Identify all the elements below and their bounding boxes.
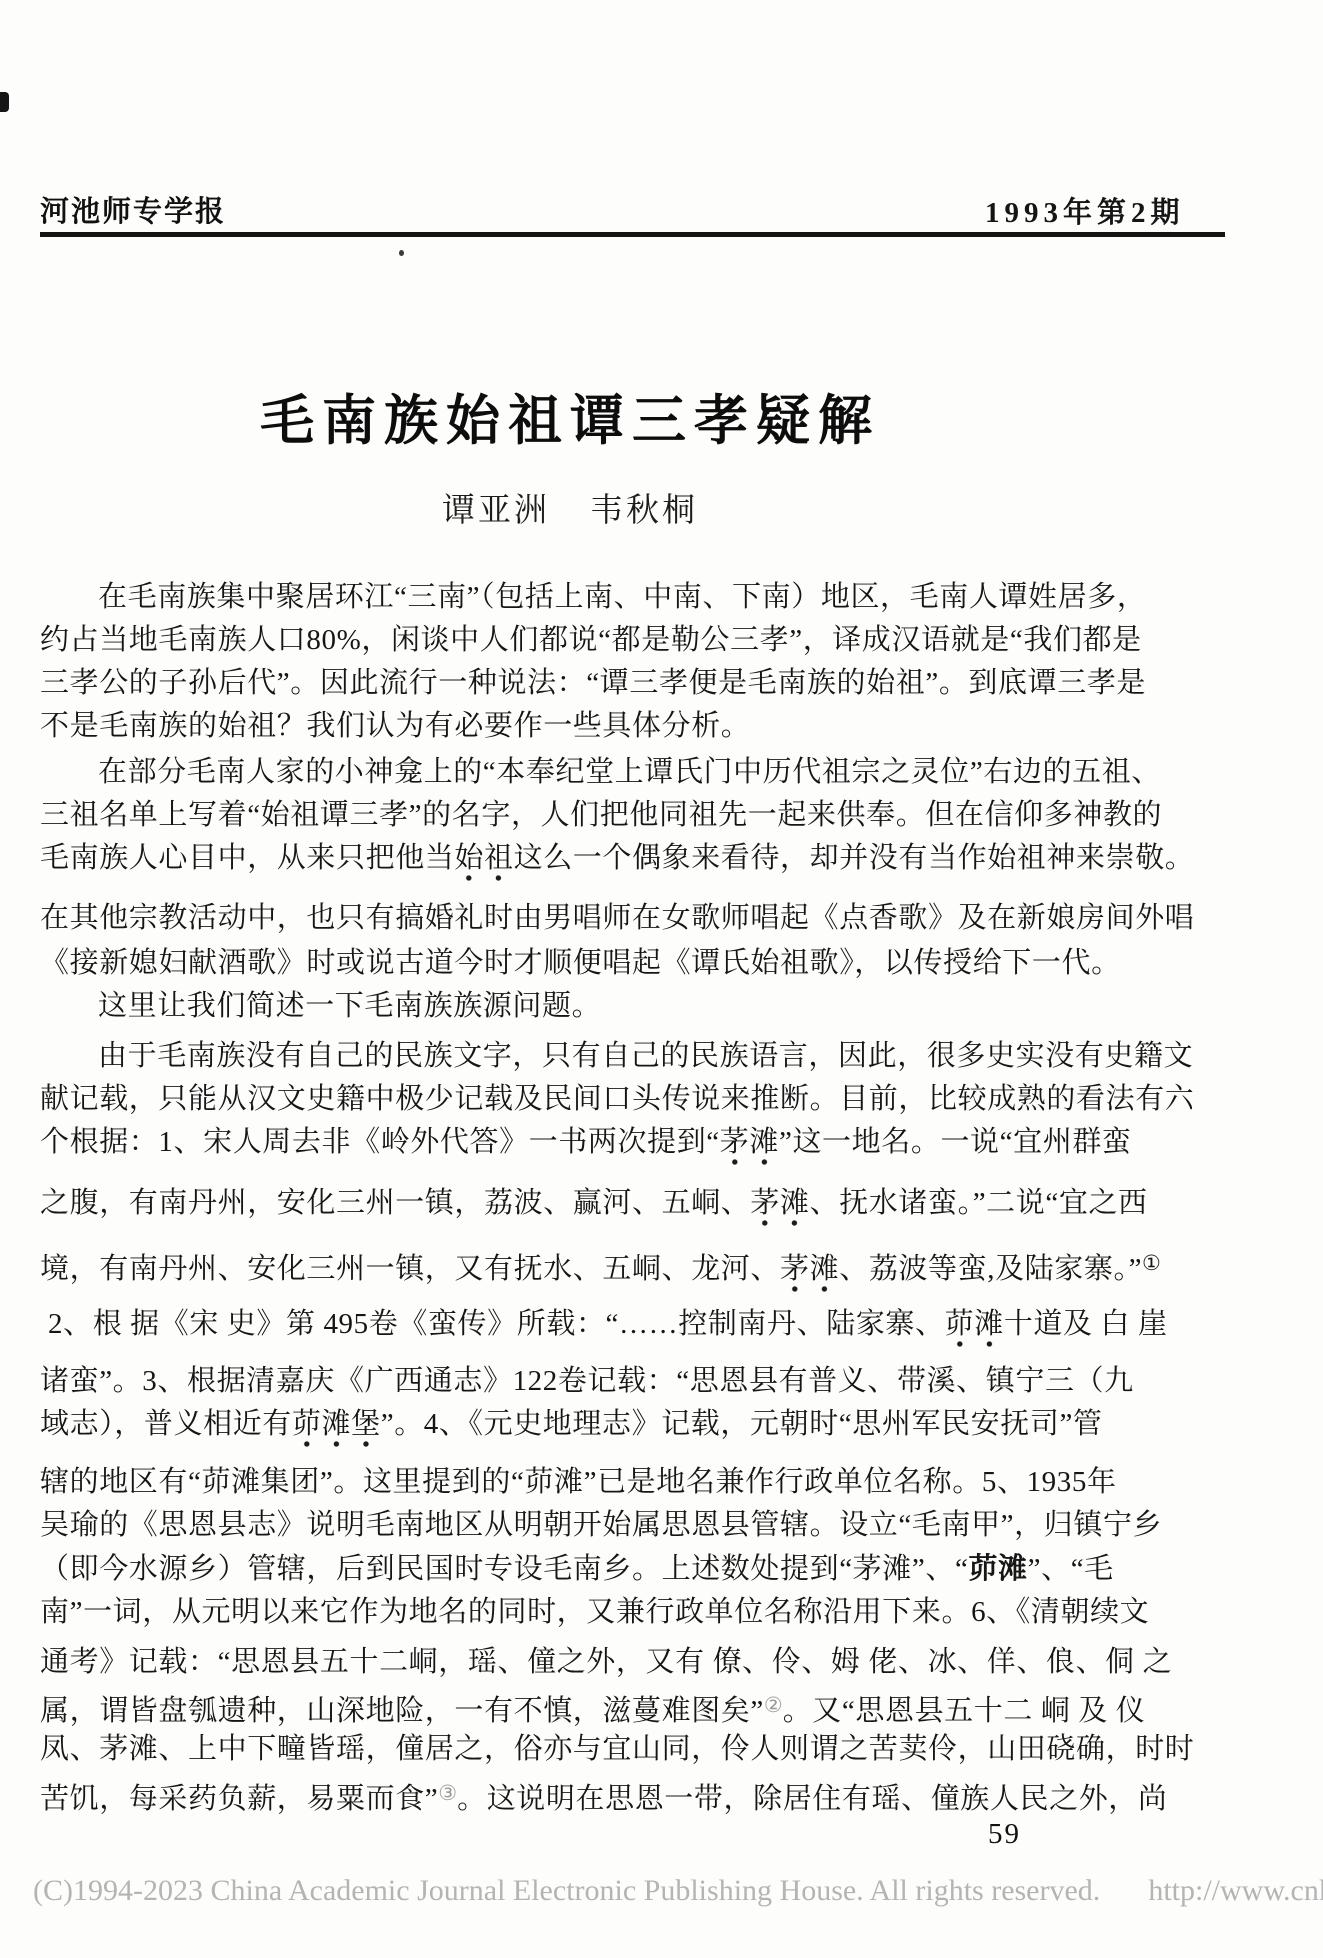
text-segment: 这里让我们简述一下毛南族族源问题。 — [98, 990, 601, 1022]
text-segment: 苦饥，每采药负薪，易粟而食” — [40, 1783, 438, 1815]
emphasized-text: 茅滩 — [780, 1253, 839, 1293]
text-segment: 域志），普义相近有 — [40, 1408, 292, 1440]
text-line: 诸蛮”。3、根据清嘉庆《广西通志》122卷记载：“思恩县有普义、带溪、镇宁三（九 — [40, 1360, 1220, 1403]
text-line: 属，谓皆盘瓠遗种，山深地险，一有不慎，滋蔓难图矣”②。又“思恩县五十二 峒 及 … — [40, 1684, 1220, 1727]
author-list: 谭亚洲韦秋桐 — [40, 484, 1100, 531]
text-line: 由于毛南族没有自己的民族文字，只有自己的民族语言，因此，很多史实没有史籍文 — [40, 1035, 1220, 1078]
text-segment: ”。4、《元史地理志》记载，元朝时“思州军民安抚司”管 — [381, 1408, 1103, 1440]
text-segment: 、抚水诸蛮。”二说“宜之西 — [810, 1187, 1148, 1219]
text-line: 三孝公的子孙后代”。因此流行一种说法：“谭三孝便是毛南族的始祖”。到底谭三孝是 — [40, 662, 1220, 705]
text-segment: 毛南族人心目中，从来只把他当 — [40, 842, 454, 874]
emphasized-text: 茅滩 — [720, 1126, 779, 1166]
text-segment: 献记载，只能从汉文史籍中极少记载及民间口头传说来推断。目前，比较成熟的看法有六 — [40, 1083, 1194, 1115]
text-segment: 之腹，有南丹州，安化三州一镇，荔波、赢河、五峒、 — [40, 1187, 750, 1219]
emphasized-text: 茅滩 — [750, 1187, 809, 1227]
text-line: 献记载，只能从汉文史籍中极少记载及民间口头传说来推断。目前，比较成熟的看法有六 — [40, 1078, 1220, 1121]
text-segment: 茆滩 — [968, 1553, 1027, 1585]
text-line: 在其他宗教活动中，也只有搞婚礼时由男唱师在女歌师唱起《点香歌》及在新娘房间外唱 — [40, 897, 1220, 940]
text-segment: 三孝公的子孙后代”。因此流行一种说法：“谭三孝便是毛南族的始祖”。到底谭三孝是 — [40, 667, 1146, 699]
text-line: 不是毛南族的始祖？我们认为有必要作一些具体分析。 — [40, 705, 1220, 748]
author-name: 谭亚洲 — [442, 493, 550, 529]
footer-url: http://www.cnk — [1148, 1874, 1323, 1907]
text-line: 域志），普义相近有茆滩堡”。4、《元史地理志》记载，元朝时“思州军民安抚司”管 — [40, 1403, 1220, 1446]
text-line: 《接新媳妇献酒歌》时或说古道今时才顺便唱起《谭氏始祖歌》，以传授给下一代。 — [40, 942, 1220, 985]
text-line: 约占当地毛南族人口80%，闲谈中人们都说“都是勒公三孝”，译成汉语就是“我们都是 — [40, 619, 1220, 662]
footnote-marker: ③ — [438, 1781, 457, 1805]
text-line: 毛南族人心目中，从来只把他当始祖这么一个偶象来看待，却并没有当作始祖神来崇敬。 — [40, 837, 1220, 880]
text-segment: 十道及 白 崖 — [1004, 1308, 1168, 1340]
header-rule — [40, 232, 1225, 237]
text-segment: 个根据：1、宋人周去非《岭外代答》一书两次提到“ — [40, 1126, 720, 1158]
text-segment: 三祖名单上写着“始祖谭三孝”的名字，人们把他同祖先一起来供奉。但在信仰多神教的 — [40, 799, 1162, 831]
page-number: 59 — [988, 1818, 1021, 1851]
footnote-marker: ① — [1142, 1251, 1161, 1275]
emphasized-text: 茆滩堡 — [292, 1408, 381, 1448]
text-line: 南”一词，从元明以来它作为地名的同时，又兼行政单位名称沿用下来。6、《清朝续文 — [40, 1591, 1220, 1634]
text-line: 吴瑜的《思恩县志》说明毛南地区从明朝开始属思恩县管辖。设立“毛南甲”，归镇宁乡 — [40, 1504, 1220, 1547]
text-segment: 不是毛南族的始祖？我们认为有必要作一些具体分析。 — [40, 710, 750, 742]
text-line: 在部分毛南人家的小神龛上的“本奉纪堂上谭氏门中历代祖宗之灵位”右边的五祖、 — [40, 751, 1220, 794]
text-segment: ”这一地名。一说“宜州群蛮 — [779, 1126, 1132, 1158]
text-segment: 通考》记载：“思恩县五十二峒，瑶、僮之外，又有 僚、伶、姆 佬、冰、佯、俍、侗 … — [40, 1646, 1172, 1678]
text-segment: 在其他宗教活动中，也只有搞婚礼时由男唱师在女歌师唱起《点香歌》及在新娘房间外唱 — [40, 902, 1194, 934]
text-segment: 吴瑜的《思恩县志》说明毛南地区从明朝开始属思恩县管辖。设立“毛南甲”，归镇宁乡 — [40, 1509, 1162, 1541]
text-line: 境，有南丹州、安化三州一镇，又有抚水、五峒、龙河、茅滩、荔波等蛮,及陆家寨。”① — [40, 1242, 1220, 1285]
text-segment: 属，谓皆盘瓠遗种，山深地险，一有不慎，滋蔓难图矣” — [40, 1695, 764, 1727]
text-segment: 辖的地区有“茆滩集团”。这里提到的“茆滩”已是地名兼作行政单位名称。5、1935… — [40, 1466, 1117, 1498]
text-line: 个根据：1、宋人周去非《岭外代答》一书两次提到“茅滩”这一地名。一说“宜州群蛮 — [40, 1121, 1220, 1164]
text-segment: 由于毛南族没有自己的民族文字，只有自己的民族语言，因此，很多史实没有史籍文 — [98, 1040, 1193, 1072]
copyright-text: (C)1994-2023 China Academic Journal Elec… — [33, 1874, 1100, 1907]
text-line: 苦饥，每采药负薪，易粟而食”③。这说明在思恩一带，除居住有瑶、僮族人民之外，尚 — [40, 1772, 1220, 1815]
article-title: 毛南族始祖谭三孝疑解 — [40, 378, 1100, 455]
text-segment: ”、“毛 — [1028, 1553, 1114, 1585]
issue-label: 1993年第2期 — [985, 190, 1185, 231]
scan-artifact-dot — [399, 250, 404, 256]
text-segment: 在毛南族集中聚居环江“三南”（包括上南、中南、下南）地区，毛南人谭姓居多， — [98, 581, 1146, 613]
copyright-footer: (C)1994-2023 China Academic Journal Elec… — [33, 1874, 1323, 1908]
text-line: 辖的地区有“茆滩集团”。这里提到的“茆滩”已是地名兼作行政单位名称。5、1935… — [40, 1461, 1220, 1504]
text-segment: 在部分毛南人家的小神龛上的“本奉纪堂上谭氏门中历代祖宗之灵位”右边的五祖、 — [98, 756, 1161, 788]
text-line: 三祖名单上写着“始祖谭三孝”的名字，人们把他同祖先一起来供奉。但在信仰多神教的 — [40, 794, 1220, 837]
text-segment: 、荔波等蛮,及陆家寨。” — [839, 1253, 1142, 1285]
text-line: 之腹，有南丹州，安化三州一镇，荔波、赢河、五峒、茅滩、抚水诸蛮。”二说“宜之西 — [40, 1182, 1220, 1225]
text-segment: 。又“思恩县五十二 峒 及 仪 — [783, 1695, 1146, 1727]
scan-edge-artifact — [0, 92, 9, 112]
text-segment: （即今水源乡）管辖，后到民国时专设毛南乡。上述数处提到“茅滩”、“ — [40, 1553, 968, 1585]
footnote-marker: ② — [764, 1693, 783, 1717]
text-line: （即今水源乡）管辖，后到民国时专设毛南乡。上述数处提到“茅滩”、“茆滩”、“毛 — [40, 1548, 1220, 1591]
text-segment: 凤、茅滩、上中下疃皆瑶，僮居之，俗亦与宜山同，伶人则谓之苦荬伶，山田硗确，时时 — [40, 1733, 1194, 1765]
emphasized-text: 始祖 — [454, 842, 513, 882]
text-segment: 这么一个偶象来看待，却并没有当作始祖神来崇敬。 — [514, 842, 1195, 874]
text-line: 通考》记载：“思恩县五十二峒，瑶、僮之外，又有 僚、伶、姆 佬、冰、佯、俍、侗 … — [40, 1641, 1220, 1684]
text-segment: 境，有南丹州、安化三州一镇，又有抚水、五峒、龙河、 — [40, 1253, 780, 1285]
text-segment: 《接新媳妇献酒歌》时或说古道今时才顺便唱起《谭氏始祖歌》，以传授给下一代。 — [40, 947, 1121, 979]
text-segment: 2、根 据《宋 史》第 495卷《蛮传》所载：“……控制南丹、陆家寨、 — [48, 1308, 945, 1340]
text-segment: 南”一词，从元明以来它作为地名的同时，又兼行政单位名称沿用下来。6、《清朝续文 — [40, 1596, 1149, 1628]
emphasized-text: 茆滩 — [945, 1308, 1004, 1348]
journal-name: 河池师专学报 — [40, 189, 226, 230]
text-line: 这里让我们简述一下毛南族族源问题。 — [40, 985, 1220, 1028]
journal-page: 河池师专学报 1993年第2期 毛南族始祖谭三孝疑解 谭亚洲韦秋桐 在毛南族集中… — [0, 0, 1323, 1958]
text-line: 2、根 据《宋 史》第 495卷《蛮传》所载：“……控制南丹、陆家寨、茆滩十道及… — [40, 1303, 1220, 1346]
text-segment: 约占当地毛南族人口80%，闲谈中人们都说“都是勒公三孝”，译成汉语就是“我们都是 — [40, 624, 1142, 656]
text-segment: 诸蛮”。3、根据清嘉庆《广西通志》122卷记载：“思恩县有普义、带溪、镇宁三（九 — [40, 1365, 1134, 1397]
author-name: 韦秋桐 — [590, 493, 698, 529]
text-line: 凤、茅滩、上中下疃皆瑶，僮居之，俗亦与宜山同，伶人则谓之苦荬伶，山田硗确，时时 — [40, 1728, 1220, 1771]
article-body: 在毛南族集中聚居环江“三南”（包括上南、中南、下南）地区，毛南人谭姓居多，约占当… — [40, 576, 1220, 1815]
text-line: 在毛南族集中聚居环江“三南”（包括上南、中南、下南）地区，毛南人谭姓居多， — [40, 576, 1220, 619]
text-segment: 。这说明在思恩一带，除居住有瑶、僮族人民之外，尚 — [457, 1783, 1167, 1815]
